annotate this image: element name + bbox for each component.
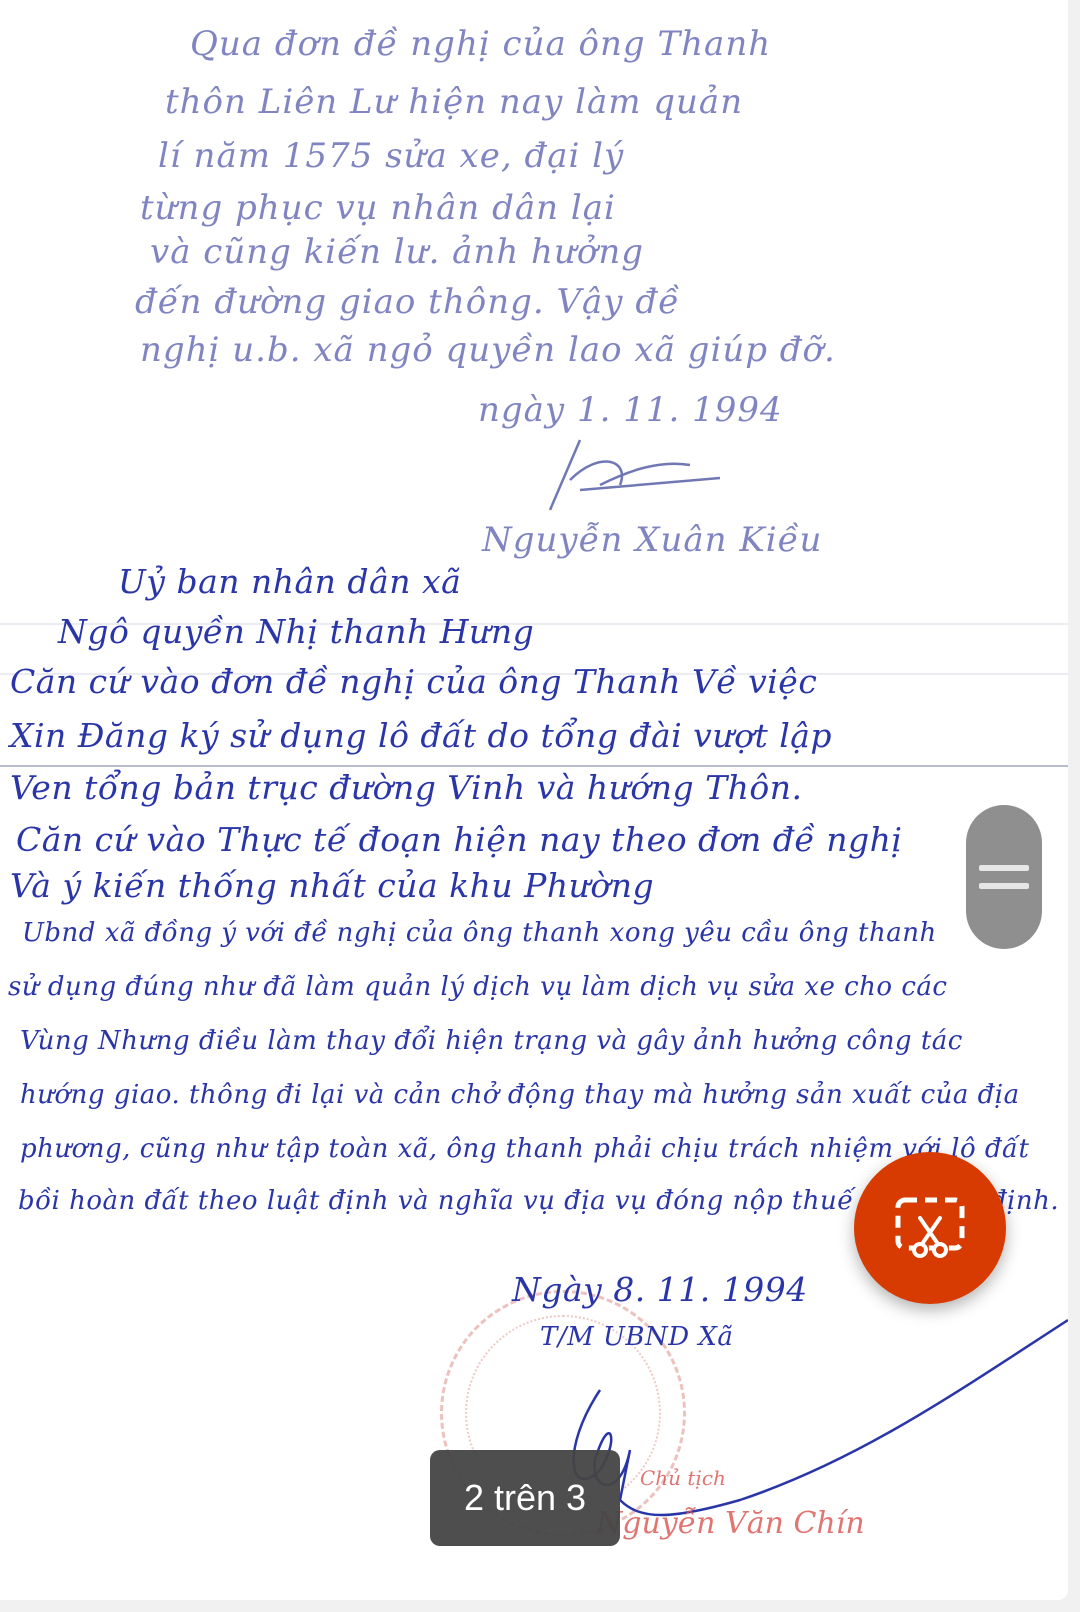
handwritten-line: Uỷ ban nhân dân xã bbox=[118, 562, 461, 601]
paper-rule bbox=[0, 765, 1068, 767]
screenshot-crop-scissors-icon bbox=[894, 1196, 966, 1260]
signature-mark bbox=[540, 430, 740, 520]
bottom-note-signer: Nguyễn Văn Chín bbox=[596, 1506, 865, 1541]
handwritten-line: Và ý kiến thống nhất của khu Phường bbox=[10, 866, 654, 905]
handwritten-line: từng phục vụ nhân dân lại bbox=[140, 188, 616, 228]
handwritten-line: thôn Liên Lư hiện nay làm quản bbox=[165, 82, 743, 122]
top-note-signer: Nguyễn Xuân Kiều bbox=[482, 520, 822, 560]
page-indicator: 2 trên 3 bbox=[430, 1450, 620, 1546]
handwritten-line: Xin Đăng ký sử dụng lô đất do tổng đài v… bbox=[10, 716, 832, 755]
handwritten-line: phương, cũng như tập toàn xã, ông thanh … bbox=[20, 1134, 1029, 1164]
handwritten-line: hướng giao. thông đi lại và cản chở động… bbox=[20, 1080, 1020, 1110]
handwritten-line: Ubnd xã đồng ý với đề nghị của ông thanh… bbox=[22, 918, 937, 948]
handwritten-line: đến đường giao thông. Vậy đề bbox=[135, 282, 680, 322]
bottom-bar bbox=[0, 1600, 1080, 1612]
handwritten-line: nghị u.b. xã ngỏ quyền lao xã giúp đỡ. bbox=[140, 330, 836, 370]
handwritten-line: Vùng Nhưng điều làm thay đổi hiện trạng … bbox=[20, 1026, 963, 1056]
top-note-date: ngày 1. 11. 1994 bbox=[478, 390, 783, 430]
drag-handle-icon bbox=[979, 865, 1029, 871]
handwritten-line: Căn cứ vào đơn đề nghị của ông Thanh Về … bbox=[10, 662, 817, 701]
handwritten-line: lí năm 1575 sửa xe, đại lý bbox=[158, 136, 624, 176]
handwritten-line: Căn cứ vào Thực tế đoạn hiện nay theo đơ… bbox=[16, 820, 902, 859]
drag-handle-icon bbox=[979, 883, 1029, 889]
handwritten-line: Ngô quyền Nhị thanh Hưng bbox=[58, 612, 534, 651]
screenshot-crop-button[interactable] bbox=[854, 1152, 1006, 1304]
handwritten-line: Ven tổng bản trục đường Vinh và hướng Th… bbox=[10, 768, 803, 807]
handwritten-line: Qua đơn đề nghị của ông Thanh bbox=[190, 24, 771, 64]
document-page: Qua đơn đề nghị của ông Thanh thôn Liên … bbox=[0, 0, 1068, 1600]
handwritten-line: và cũng kiến lư. ảnh hưởng bbox=[150, 232, 644, 272]
handwritten-line: sử dụng đúng như đã làm quản lý dịch vụ … bbox=[8, 972, 947, 1002]
stamp-caption: Chủ tịch bbox=[640, 1466, 726, 1490]
scroll-handle[interactable] bbox=[966, 805, 1042, 949]
